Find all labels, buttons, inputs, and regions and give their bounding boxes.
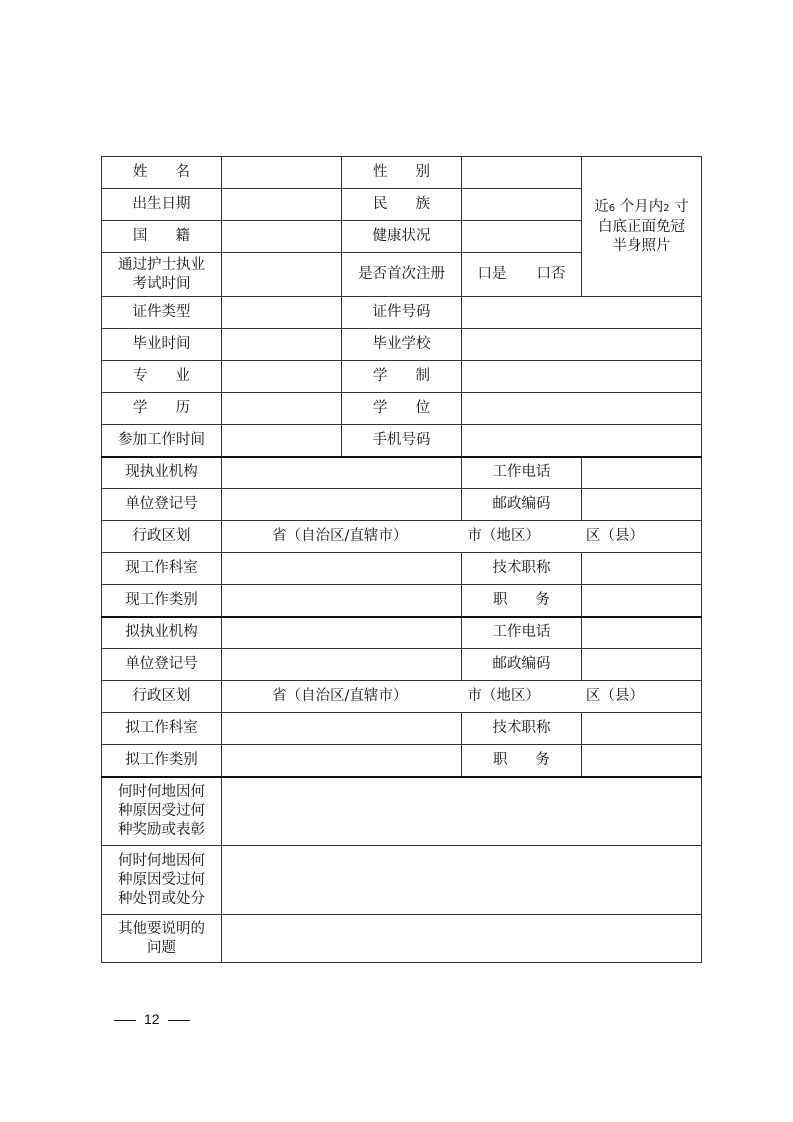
- gender-label: 性别: [342, 157, 462, 189]
- first-registration-yes-checkbox[interactable]: 口是: [478, 265, 507, 284]
- province-text: 省（自治区/直辖市）: [272, 527, 407, 546]
- label-line: 问题: [147, 940, 176, 956]
- current-dept-field[interactable]: [222, 553, 462, 585]
- graduation-school-field[interactable]: [462, 329, 702, 361]
- id-type-field[interactable]: [222, 297, 342, 329]
- awards-field[interactable]: [222, 777, 702, 846]
- mobile-field[interactable]: [462, 425, 702, 457]
- page-footer: 12: [106, 1011, 198, 1027]
- photo-text: 半身照片: [613, 238, 671, 254]
- degree-field[interactable]: [462, 393, 702, 425]
- graduation-time-label: 毕业时间: [102, 329, 222, 361]
- current-title-label: 技术职称: [462, 553, 582, 585]
- current-postal-label: 邮政编码: [462, 489, 582, 521]
- planned-postal-field[interactable]: [582, 649, 702, 681]
- ethnicity-field[interactable]: [462, 189, 582, 221]
- study-length-label: 学制: [342, 361, 462, 393]
- city-text: 市（地区）: [467, 687, 540, 706]
- label-line: 种原因受过何: [118, 872, 205, 888]
- planned-admin-label: 行政区划: [102, 681, 222, 713]
- first-registration-label: 是否首次注册: [342, 253, 462, 297]
- first-registration-no-checkbox[interactable]: 口否: [537, 265, 566, 284]
- dash-left: [114, 1020, 136, 1022]
- province-text: 省（自治区/直辖市）: [272, 687, 407, 706]
- planned-reg-no-label: 单位登记号: [102, 649, 222, 681]
- graduation-school-label: 毕业学校: [342, 329, 462, 361]
- document-page: 姓名 性别 近6 个月内2 寸 白底正面免冠 半身照片 出生日期 民族 国籍: [0, 0, 793, 1122]
- id-number-label: 证件号码: [342, 297, 462, 329]
- planned-category-field[interactable]: [222, 745, 462, 777]
- label-line: 其他要说明的: [118, 921, 205, 937]
- label-line: 通过护士执业: [118, 257, 205, 273]
- page-number: 12: [144, 1011, 160, 1027]
- first-registration-options: 口是口否: [462, 253, 582, 297]
- county-text: 区（县）: [586, 687, 644, 706]
- current-position-label: 职务: [462, 585, 582, 617]
- penalty-label: 何时何地因何 种原因受过何 种处罚或处分: [102, 846, 222, 915]
- current-category-label: 现工作类别: [102, 585, 222, 617]
- education-field[interactable]: [222, 393, 342, 425]
- photo-text: 个月内: [620, 199, 664, 215]
- planned-work-phone-label: 工作电话: [462, 617, 582, 649]
- nurse-registration-form: 姓名 性别 近6 个月内2 寸 白底正面免冠 半身照片 出生日期 民族 国籍: [101, 156, 702, 963]
- label-line: 何时何地因何: [118, 853, 205, 869]
- current-work-phone-field[interactable]: [582, 457, 702, 489]
- city-text: 市（地区）: [467, 527, 540, 546]
- current-institution-label: 现执业机构: [102, 457, 222, 489]
- gender-field[interactable]: [462, 157, 582, 189]
- birth-date-field[interactable]: [222, 189, 342, 221]
- planned-institution-label: 拟执业机构: [102, 617, 222, 649]
- planned-title-field[interactable]: [582, 713, 702, 745]
- id-type-label: 证件类型: [102, 297, 222, 329]
- photo-box[interactable]: 近6 个月内2 寸 白底正面免冠 半身照片: [582, 157, 702, 297]
- major-field[interactable]: [222, 361, 342, 393]
- name-field[interactable]: [222, 157, 342, 189]
- study-length-field[interactable]: [462, 361, 702, 393]
- education-label: 学历: [102, 393, 222, 425]
- current-position-field[interactable]: [582, 585, 702, 617]
- nationality-label: 国籍: [102, 221, 222, 253]
- label-line: 种原因受过何: [118, 803, 205, 819]
- health-label: 健康状况: [342, 221, 462, 253]
- county-text: 区（县）: [586, 527, 644, 546]
- other-notes-label: 其他要说明的 问题: [102, 915, 222, 963]
- current-reg-no-field[interactable]: [222, 489, 462, 521]
- label-line: 何时何地因何: [118, 784, 205, 800]
- major-label: 专业: [102, 361, 222, 393]
- current-dept-label: 现工作科室: [102, 553, 222, 585]
- exam-time-field[interactable]: [222, 253, 342, 297]
- exam-time-label: 通过护士执业 考试时间: [102, 253, 222, 297]
- awards-label: 何时何地因何 种原因受过何 种奖励或表彰: [102, 777, 222, 846]
- planned-dept-label: 拟工作科室: [102, 713, 222, 745]
- graduation-time-field[interactable]: [222, 329, 342, 361]
- planned-position-field[interactable]: [582, 745, 702, 777]
- health-field[interactable]: [462, 221, 582, 253]
- planned-reg-no-field[interactable]: [222, 649, 462, 681]
- current-category-field[interactable]: [222, 585, 462, 617]
- mobile-label: 手机号码: [342, 425, 462, 457]
- planned-institution-field[interactable]: [222, 617, 462, 649]
- photo-size: 2: [663, 203, 669, 214]
- current-admin-field[interactable]: 省（自治区/直辖市）市（地区）区（县）: [222, 521, 702, 553]
- planned-category-label: 拟工作类别: [102, 745, 222, 777]
- birth-date-label: 出生日期: [102, 189, 222, 221]
- photo-text: 寸: [674, 199, 689, 215]
- current-institution-field[interactable]: [222, 457, 462, 489]
- current-postal-field[interactable]: [582, 489, 702, 521]
- other-notes-field[interactable]: [222, 915, 702, 963]
- nationality-field[interactable]: [222, 221, 342, 253]
- planned-work-phone-field[interactable]: [582, 617, 702, 649]
- dash-right: [168, 1020, 190, 1022]
- work-start-label: 参加工作时间: [102, 425, 222, 457]
- planned-dept-field[interactable]: [222, 713, 462, 745]
- ethnicity-label: 民族: [342, 189, 462, 221]
- current-admin-label: 行政区划: [102, 521, 222, 553]
- work-start-field[interactable]: [222, 425, 342, 457]
- photo-instruction: 近6 个月内2 寸 白底正面免冠 半身照片: [582, 198, 701, 256]
- planned-position-label: 职务: [462, 745, 582, 777]
- degree-label: 学位: [342, 393, 462, 425]
- current-reg-no-label: 单位登记号: [102, 489, 222, 521]
- planned-postal-label: 邮政编码: [462, 649, 582, 681]
- current-work-phone-label: 工作电话: [462, 457, 582, 489]
- penalty-field[interactable]: [222, 846, 702, 915]
- photo-months: 6: [609, 203, 615, 214]
- id-number-field[interactable]: [462, 297, 702, 329]
- name-label: 姓名: [102, 157, 222, 189]
- planned-admin-field[interactable]: 省（自治区/直辖市）市（地区）区（县）: [222, 681, 702, 713]
- planned-title-label: 技术职称: [462, 713, 582, 745]
- label-line: 考试时间: [133, 276, 191, 292]
- current-title-field[interactable]: [582, 553, 702, 585]
- photo-text: 白底正面免冠: [598, 219, 685, 235]
- label-line: 种处罚或处分: [118, 891, 205, 907]
- photo-text: 近: [594, 199, 609, 215]
- label-line: 种奖励或表彰: [118, 822, 205, 838]
